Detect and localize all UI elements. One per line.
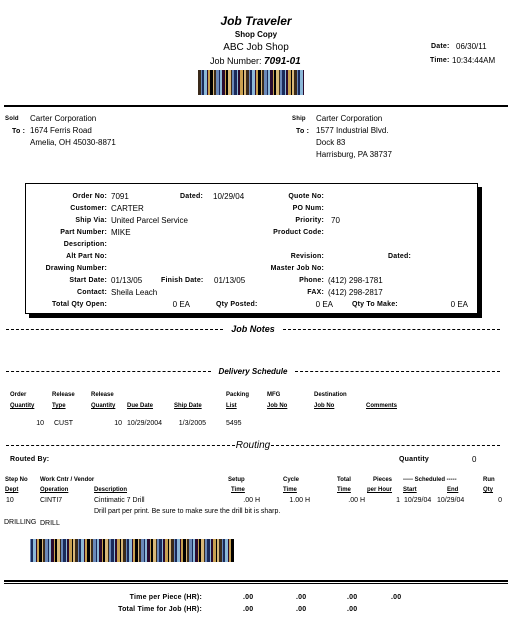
col-operation: Operation <box>40 487 68 493</box>
dated-label: Dated: <box>180 193 203 200</box>
finish-date-label: Finish Date: <box>161 277 203 284</box>
job-number-value: 7091-01 <box>264 56 301 67</box>
priority-value: 70 <box>331 216 340 225</box>
cell-operation: DRILL <box>40 520 60 527</box>
col-total-top: Total <box>337 477 351 483</box>
cell-release-type: CUST <box>54 420 73 427</box>
cell-order-qty: 10 <box>20 420 44 427</box>
col-release-qty: Quantity <box>91 403 115 409</box>
start-date-value: 01/13/05 <box>111 276 142 285</box>
cell-packing-list: 5495 <box>226 420 242 427</box>
ship-to-line-3: Dock 83 <box>316 138 345 147</box>
ship-to-label: To : <box>296 128 309 135</box>
col-step-no: Step No <box>5 477 28 483</box>
contact-label: Contact: <box>20 289 107 296</box>
drawing-number-label: Drawing Number: <box>20 265 107 272</box>
cell-step-note: Drill part per print. Be sure to make su… <box>94 508 280 515</box>
ship-to-line-1: Carter Corporation <box>316 114 382 123</box>
col-run-qty: Qty <box>483 487 493 493</box>
qty-to-make-value: 0 EA <box>418 300 468 309</box>
job-notes-header: Job Notes <box>6 324 500 334</box>
footer-divider <box>4 580 508 584</box>
product-code-label: Product Code: <box>250 229 324 236</box>
cell-step-no: 10 <box>6 497 14 504</box>
ship-to-line-4: Harrisburg, PA 38737 <box>316 150 392 159</box>
col-start: Start <box>403 487 417 493</box>
master-job-label: Master Job No: <box>250 265 324 272</box>
time-value: 10:34:44AM <box>452 56 495 65</box>
description-label: Description: <box>20 241 107 248</box>
revision-dated-label: Dated: <box>388 253 411 260</box>
col-description: Description <box>94 487 127 493</box>
time-per-piece-1: .00 <box>243 594 253 601</box>
cell-setup-time: .00 H <box>220 497 260 504</box>
routing-quantity-label: Quantity <box>399 456 429 463</box>
col-run-top: Run <box>483 477 495 483</box>
cell-pieces-per-hour: 1 <box>380 497 400 504</box>
col-ship-date: Ship Date <box>174 403 202 409</box>
date-value: 06/30/11 <box>456 42 487 51</box>
part-number-label: Part Number: <box>20 229 107 236</box>
total-time-2: .00 <box>296 606 306 613</box>
sold-to-label: To : <box>12 128 25 135</box>
order-no-value: 7091 <box>111 192 129 201</box>
ship-via-value: United Parcel Service <box>111 216 188 225</box>
total-qty-open-value: 0 EA <box>140 300 190 309</box>
phone-value: (412) 298-1781 <box>328 276 383 285</box>
time-label: Time: <box>430 57 450 64</box>
total-time-label: Total Time for Job (HR): <box>100 606 202 613</box>
col-cycle-time: Time <box>283 487 297 493</box>
cell-start: 10/29/04 <box>404 497 431 504</box>
col-total-time: Time <box>337 487 351 493</box>
col-comments: Comments <box>366 403 397 409</box>
sold-to-line-2: 1674 Ferris Road <box>30 126 92 135</box>
time-per-piece-3: .00 <box>347 594 357 601</box>
contact-value: Sheila Leach <box>111 288 157 297</box>
sold-to-line-3: Amelia, OH 45030-8871 <box>30 138 116 147</box>
quote-no-label: Quote No: <box>250 193 324 200</box>
col-destination-top: Destination <box>314 392 347 398</box>
document-title: Job Traveler <box>0 14 512 28</box>
revision-label: Revision: <box>250 253 324 260</box>
col-due-date: Due Date <box>127 403 153 409</box>
phone-label: Phone: <box>250 277 324 284</box>
time-per-piece-label: Time per Piece (HR): <box>100 594 202 601</box>
col-end: End <box>447 487 458 493</box>
ship-label: Ship <box>292 116 306 122</box>
cell-total-time: .00 H <box>325 497 365 504</box>
cell-cycle-time: 1.00 H <box>270 497 310 504</box>
job-number: Job Number: 7091-01 <box>210 56 301 67</box>
col-packing-list: List <box>226 403 237 409</box>
col-setup-time: Time <box>231 487 245 493</box>
col-order-top: Order <box>10 392 26 398</box>
qty-to-make-label: Qty To Make: <box>352 301 398 308</box>
cell-ship-date: 1/3/2005 <box>170 420 206 427</box>
col-mfg-job: Job No <box>267 403 287 409</box>
col-release-type-top: Release <box>52 392 75 398</box>
job-number-label: Job Number: <box>210 56 262 66</box>
col-pieces-per-hour: per Hour <box>367 487 392 493</box>
col-scheduled-top: ----- Scheduled ----- <box>403 477 457 483</box>
total-time-3: .00 <box>347 606 357 613</box>
col-dept: Dept <box>5 487 18 493</box>
customer-label: Customer: <box>20 205 107 212</box>
col-work-center: Work Cntr / Vendor <box>40 477 94 483</box>
qty-posted-value: 0 EA <box>283 300 333 309</box>
cell-run-qty: 0 <box>480 497 502 504</box>
col-setup-top: Setup <box>228 477 245 483</box>
po-num-label: PO Num: <box>250 205 324 212</box>
date-label: Date: <box>431 43 450 50</box>
priority-label: Priority: <box>250 217 324 224</box>
step-barcode <box>30 539 234 562</box>
col-dest-job: Job No <box>314 403 334 409</box>
fax-label: FAX: <box>250 289 324 296</box>
total-time-1: .00 <box>243 606 253 613</box>
col-mfg-top: MFG <box>267 392 280 398</box>
ship-via-label: Ship Via: <box>20 217 107 224</box>
cell-description: Cintimatic 7 Drill <box>94 497 145 504</box>
document-subtitle: Shop Copy <box>0 30 512 39</box>
time-per-piece-2: .00 <box>296 594 306 601</box>
col-cycle-top: Cycle <box>283 477 299 483</box>
part-number-value: MIKE <box>111 228 131 237</box>
sold-label: Sold <box>5 116 19 122</box>
col-pieces-top: Pieces <box>373 477 392 483</box>
routing-title: Routing <box>235 440 271 451</box>
job-notes-title: Job Notes <box>223 324 283 334</box>
qty-posted-label: Qty Posted: <box>216 301 257 308</box>
ship-to-line-2: 1577 Industrial Blvd. <box>316 126 389 135</box>
cell-dept: DRILLING <box>4 519 36 526</box>
alt-part-label: Alt Part No: <box>20 253 107 260</box>
sold-to-line-1: Carter Corporation <box>30 114 96 123</box>
header-divider <box>4 105 508 107</box>
routed-by-label: Routed By: <box>10 456 49 463</box>
customer-value: CARTER <box>111 204 144 213</box>
col-packing-top: Packing <box>226 392 249 398</box>
cell-release-qty: 10 <box>100 420 122 427</box>
delivery-schedule-title: Delivery Schedule <box>211 367 296 376</box>
col-release-type: Type <box>52 403 66 409</box>
routing-header: Routing <box>6 440 500 450</box>
col-order-qty: Quantity <box>10 403 34 409</box>
start-date-label: Start Date: <box>20 277 107 284</box>
order-no-label: Order No: <box>20 193 107 200</box>
dated-value: 10/29/04 <box>213 192 244 201</box>
fax-value: (412) 298-2817 <box>328 288 383 297</box>
total-qty-open-label: Total Qty Open: <box>20 301 107 308</box>
cell-end: 10/29/04 <box>437 497 464 504</box>
job-barcode <box>198 70 304 95</box>
cell-due-date: 10/29/2004 <box>127 420 162 427</box>
routing-quantity-value: 0 <box>472 455 476 464</box>
delivery-schedule-header: Delivery Schedule <box>6 366 500 376</box>
finish-date-value: 01/13/05 <box>214 276 245 285</box>
cell-work-center: CINTI7 <box>40 497 62 504</box>
col-release-qty-top: Release <box>91 392 114 398</box>
time-per-piece-4: .00 <box>391 594 401 601</box>
